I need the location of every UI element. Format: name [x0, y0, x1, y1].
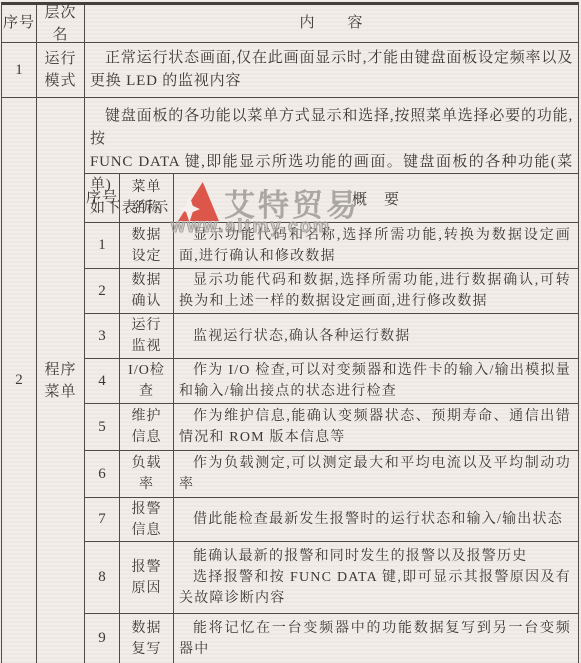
summary-text: 显示功能代码和数据,选择所需功能,进行数据确认,可转换为和上述一样的数据设定画面…	[179, 270, 571, 312]
menu-item-summary: 作为维护信息,能确认变频器状态、预期寿命、通信出错情况和 ROM 版本信息等	[174, 404, 578, 451]
menu-item-summary: 显示功能代码和数据,选择所需功能,进行数据确认,可转换为和上述一样的数据设定画面…	[174, 269, 578, 314]
menu-item-summary: 能将记忆在一台变频器中的功能数据复写到另一台变频器中	[174, 614, 578, 663]
summary-text: 作为负载测定,可以测定最大和平均电流以及平均制动功率	[179, 453, 571, 495]
level-table: 序号 层次名 内 容 1 运行模式 正常运行状态画面,仅在此画面显示时,才能由键…	[1, 2, 579, 663]
menu-intro: 键盘面板的各功能以菜单方式显示和选择,按照菜单选择必要的功能,按 FUNC DA…	[85, 98, 578, 173]
menu-item-no: 1	[85, 223, 120, 269]
summary-text: 作为 I/O 检查,可以对变频器和选件卡的输入/输出模拟量和输入/输出接点的状态…	[179, 360, 571, 402]
menu-item-no: 5	[85, 404, 120, 451]
summary-text: 能确认最新的报警和同时发生的报警以及报警历史	[179, 546, 571, 567]
summary-text: 作为维护信息,能确认变频器状态、预期寿命、通信出错情况和 ROM 版本信息等	[179, 406, 571, 448]
header-content: 内 容	[85, 5, 578, 43]
menu-intro-line: 键盘面板的各功能以菜单方式显示和选择,按照菜单选择必要的功能,按	[90, 105, 573, 151]
row2-level: 程序菜单	[37, 98, 85, 663]
menu-item-name: 报警信息	[120, 498, 174, 542]
menu-item-no: 6	[85, 451, 120, 498]
menu-item-summary: 显示功能代码和名称,选择所需功能,转换为数据设定画面,进行确认和修改数据	[174, 223, 578, 269]
row1-content: 正常运行状态画面,仅在此画面显示时,才能由键盘面板设定频率以及更换 LED 的监…	[85, 43, 578, 98]
row1-level: 运行模式	[37, 43, 85, 98]
header-level: 层次名	[37, 5, 85, 43]
menu-item-no: 7	[85, 498, 120, 542]
summary-text: 监视运行状态,确认各种运行数据	[179, 326, 571, 347]
menu-item-name: 数据设定	[120, 223, 174, 269]
summary-text: 显示功能代码和名称,选择所需功能,转换为数据设定画面,进行确认和修改数据	[179, 225, 571, 267]
menu-item-summary: 能确认最新的报警和同时发生的报警以及报警历史选择报警和按 FUNC DATA 键…	[174, 542, 578, 614]
summary-text-2: 选择报警和按 FUNC DATA 键,即可显示其报警原因及有关故障诊断内容	[179, 567, 571, 609]
menu-header-name: 菜单名称	[120, 174, 174, 223]
menu-header-summary: 概 要	[174, 174, 578, 223]
menu-item-no: 9	[85, 614, 120, 663]
menu-item-name: 运行监视	[120, 314, 174, 359]
header-no: 序号	[2, 5, 37, 43]
menu-item-summary: 作为负载测定,可以测定最大和平均电流以及平均制动功率	[174, 451, 578, 498]
menu-item-name: I/O检查	[120, 359, 174, 404]
row1-content-text: 正常运行状态画面,仅在此画面显示时,才能由键盘面板设定频率以及更换 LED 的监…	[90, 47, 573, 93]
menu-item-name: 数据复写	[120, 614, 174, 663]
menu-item-summary: 借此能检查最新发生报警时的运行状态和输入/输出状态	[174, 498, 578, 542]
menu-header-no: 序号	[85, 174, 120, 223]
menu-item-summary: 作为 I/O 检查,可以对变频器和选件卡的输入/输出模拟量和输入/输出接点的状态…	[174, 359, 578, 404]
row1-no: 1	[2, 43, 37, 98]
row2-content: 键盘面板的各功能以菜单方式显示和选择,按照菜单选择必要的功能,按 FUNC DA…	[85, 98, 578, 663]
menu-item-name: 数据确认	[120, 269, 174, 314]
menu-item-no: 2	[85, 269, 120, 314]
menu-item-no: 3	[85, 314, 120, 359]
summary-text: 借此能检查最新发生报警时的运行状态和输入/输出状态	[179, 509, 571, 530]
menu-item-name: 负载率	[120, 451, 174, 498]
menu-item-name: 报警原因	[120, 542, 174, 614]
menu-item-summary: 监视运行状态,确认各种运行数据	[174, 314, 578, 359]
menu-item-no: 8	[85, 542, 120, 614]
menu-item-name: 维护信息	[120, 404, 174, 451]
menu-item-no: 4	[85, 359, 120, 404]
menu-table: 序号 菜单名称 概 要 1 数据设定 显示功能代码和名称,选择所需功能,转换为数…	[85, 173, 578, 663]
summary-text: 能将记忆在一台变频器中的功能数据复写到另一台变频器中	[179, 618, 571, 660]
row2-no: 2	[2, 98, 37, 663]
scanned-manual-page: 序号 层次名 内 容 1 运行模式 正常运行状态画面,仅在此画面显示时,才能由键…	[0, 0, 581, 663]
